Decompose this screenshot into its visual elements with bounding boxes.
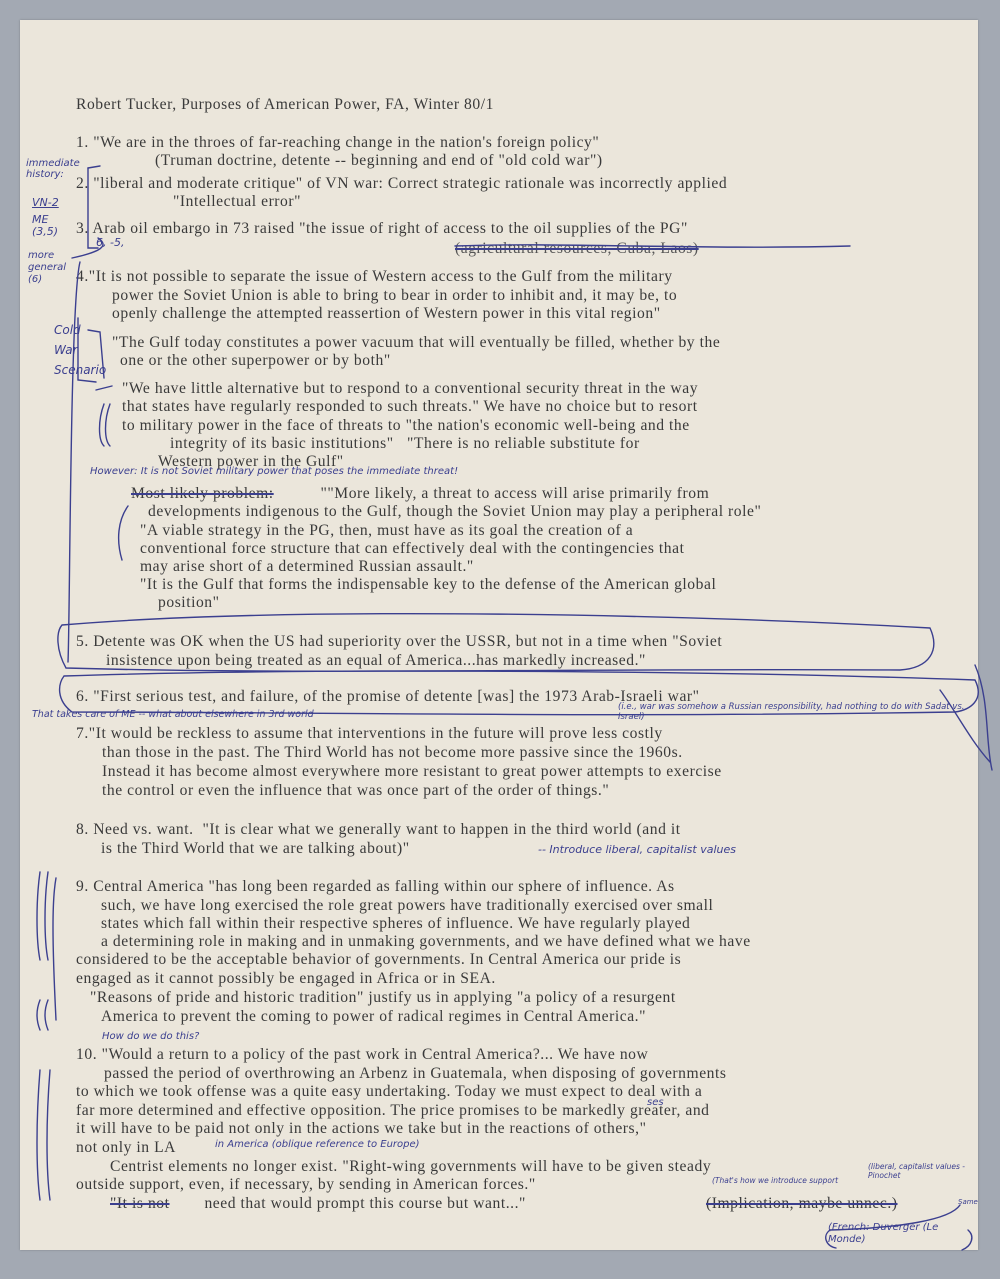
item-9-line-4: a determining role in making and in unma… [101,933,751,951]
item-10-implication: (Implication, maybe unnec.) [706,1195,898,1213]
note-latin-america: in America (oblique reference to Europe) [215,1139,420,1150]
item-9-line-8: America to prevent the coming to power o… [101,1008,646,1026]
item-3-line-1: 3. Arab oil embargo in 73 raised "the is… [76,220,688,238]
item-7-line-4: the control or even the influence that w… [102,782,609,800]
item-5a-line-8: "A viable strategy in the PG, then, must… [140,522,633,540]
item-2-line-2: "Intellectual error" [173,193,301,211]
item-6-line-1: 6. "First serious test, and failure, of … [76,688,700,706]
item-4-line-2: power the Soviet Union is able to bring … [112,287,677,305]
note-cold-war-scenario: Cold War Scenario [54,320,94,380]
item-4-line-3: openly challenge the attempted reasserti… [112,305,661,323]
item-9-line-6: engaged as it cannot possibly be engaged… [76,970,496,988]
item-5a-line-3: to military power in the face of threats… [122,417,690,435]
item-10-line-8: outside support, even, if necessary, by … [76,1176,536,1194]
item-10-line-7: Centrist elements no longer exist. "Righ… [110,1158,711,1176]
note-french-duverger: (French: Duverger (Le Monde) [828,1222,968,1246]
note-introduce-values: -- Introduce liberal, capitalist values [538,843,736,856]
note-thats-how: (That's how we introduce support [712,1176,838,1185]
note-ie-war: (i.e., war was somehow a Russian respons… [618,702,988,722]
document-title: Robert Tucker, Purposes of American Powe… [76,96,494,114]
item-9-line-7: "Reasons of pride and historic tradition… [90,989,676,1007]
item-10-line-6: not only in LA [76,1139,176,1157]
item-7-line-2: than those in the past. The Third World … [102,744,683,762]
note-liberal-capitalist: (liberal, capitalist values - Pinochet [868,1162,968,1180]
note-same: Same [958,1198,978,1206]
note-promises-correction: ses [647,1097,664,1108]
note-how-do-we: How do we do this? [102,1031,199,1042]
item-4-line-1: 4."It is not possible to separate the is… [76,268,673,286]
item-4-line-5: one or the other superpower or by both" [120,352,391,370]
item-5a-line-12: position" [158,594,220,612]
item-9-line-3: states which fall within their respectiv… [101,915,690,933]
item-10-line-4: far more determined and effective opposi… [76,1102,710,1120]
item-1-line-2: (Truman doctrine, detente -- beginning a… [155,152,603,170]
note-arrow-6-5: 6, -5, [96,236,124,249]
note-vn2: VN-2 [32,196,59,209]
item-5a-line-10: may arise short of a determined Russian … [140,558,474,576]
item-10-line-3: to which we took offense was a quite eas… [76,1083,702,1101]
item-5a-line-6: ""More likely, a threat to access will a… [316,485,709,503]
item-5a-line-4: integrity of its basic institutions" "Th… [170,435,640,453]
item-3-struck-note: (agricultural resources, Cuba, Laos) [455,240,699,258]
note-immediate-history: immediate history: [26,158,72,180]
item-5-line-1: 5. Detente was OK when the US had superi… [76,633,722,651]
item-10-line-5: it will have to be paid not only in the … [76,1120,647,1138]
note-me: ME (3,5) [32,214,68,238]
item-10-struck-phrase: "It is not [110,1195,170,1213]
item-5a-line-7: developments indigenous to the Gulf, tho… [148,503,761,521]
item-8-line-2: is the Third World that we are talking a… [101,840,410,858]
note-however: However: It is not Soviet military power… [90,466,458,477]
item-8-line-1: 8. Need vs. want. "It is clear what we g… [76,821,681,839]
note-more-general: more general (6) [28,250,68,286]
item-10-line-2: passed the period of overthrowing an Arb… [104,1065,727,1083]
item-10-line-9: need that would prompt this course but w… [200,1195,526,1213]
item-9-line-1: 9. Central America "has long been regard… [76,878,675,896]
item-7-line-1: 7."It would be reckless to assume that i… [76,725,663,743]
item-5a-line-9: conventional force structure that can ef… [140,540,684,558]
item-9-line-5: considered to be the acceptable behavior… [76,951,681,969]
item-5-line-2: insistence upon being treated as an equa… [106,652,646,670]
item-2-line-1: 2. "liberal and moderate critique" of VN… [76,175,727,193]
item-1-line-1: 1. "We are in the throes of far-reaching… [76,134,599,152]
note-takes-care-of-me: That takes care of ME -- what about else… [32,709,314,720]
item-5a-struck-label: Most likely problem: [131,485,274,503]
item-5a-line-1: "We have little alternative but to respo… [122,380,698,398]
item-5a-line-11: "It is the Gulf that forms the indispens… [140,576,716,594]
item-9-line-2: such, we have long exercised the role gr… [101,897,713,915]
item-10-line-1: 10. "Would a return to a policy of the p… [76,1046,648,1064]
item-4-line-4: "The Gulf today constitutes a power vacu… [112,334,720,352]
item-5a-line-2: that states have regularly responded to … [122,398,698,416]
item-7-line-3: Instead it has become almost everywhere … [102,763,722,781]
